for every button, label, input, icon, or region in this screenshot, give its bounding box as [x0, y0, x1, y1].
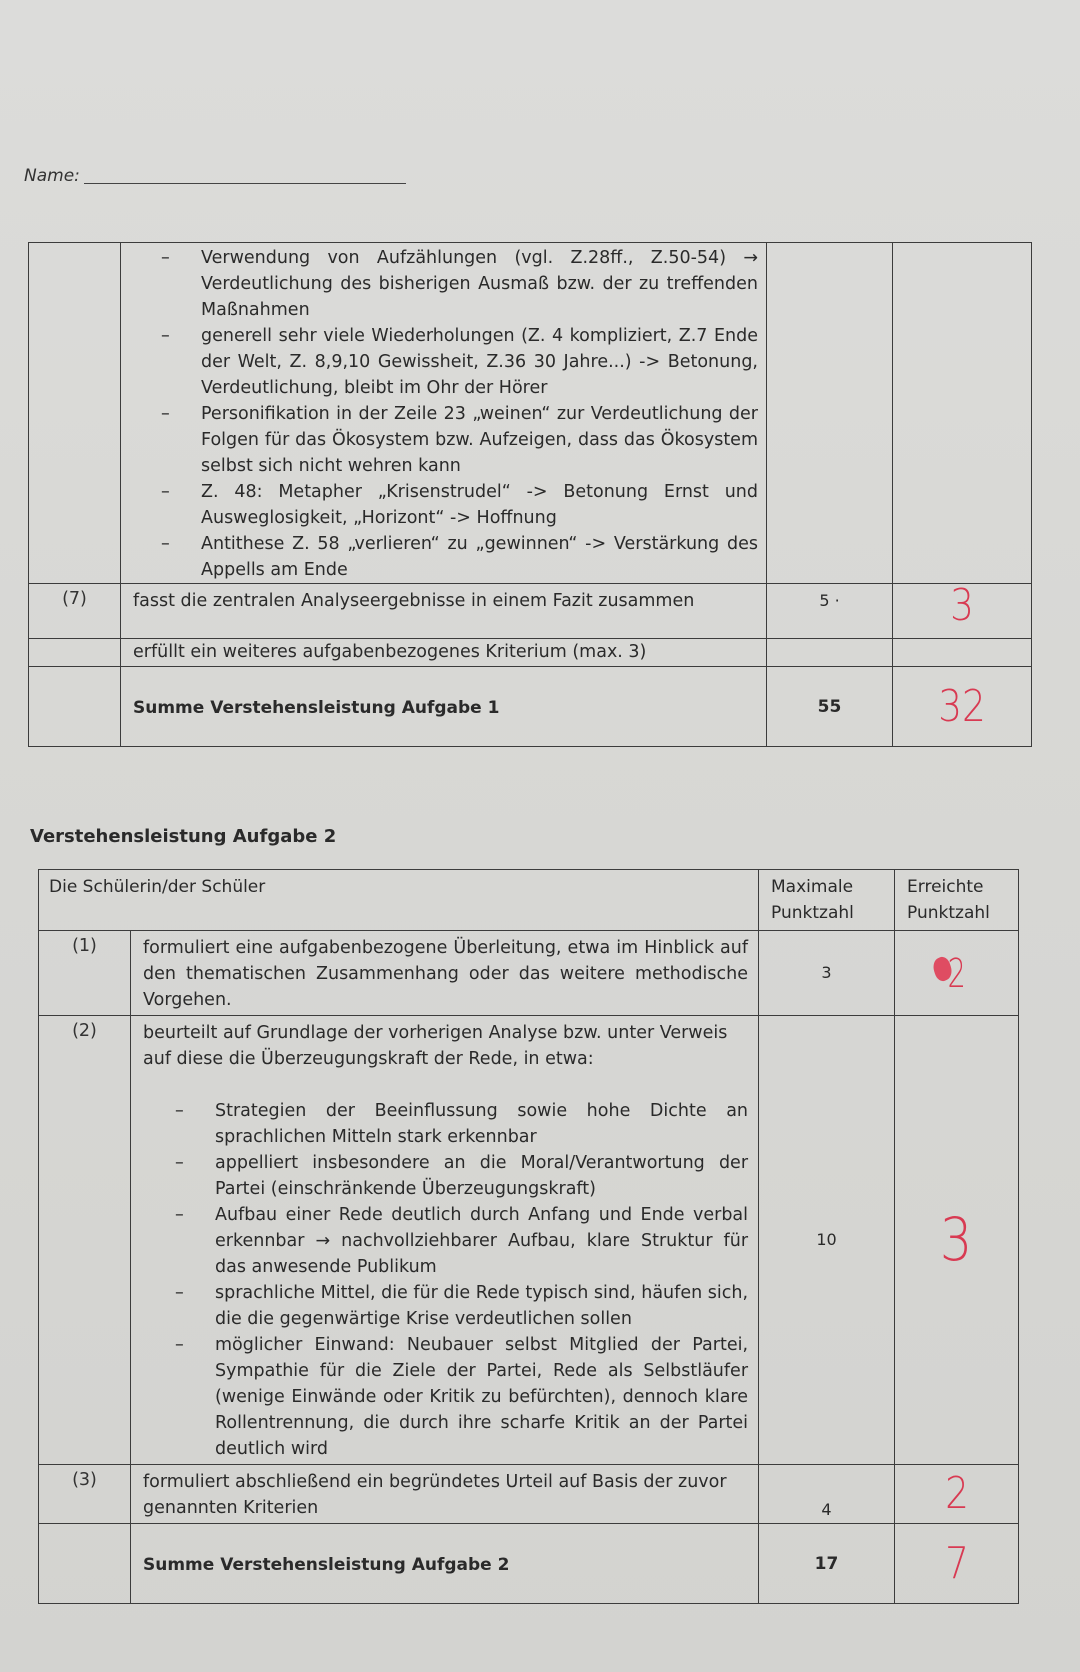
header-max-points: Maximale Punktzahl	[759, 870, 895, 931]
sum-label: Summe Verstehensleistung Aufgabe 2	[131, 1524, 759, 1604]
list-item: Z. 48: Metapher „Krisenstrudel“ -> Beton…	[201, 479, 758, 531]
criterion-number: (2)	[39, 1016, 131, 1465]
header-text: Maximale	[771, 874, 884, 900]
header-text: Punktzahl	[771, 900, 884, 926]
grading-table-task2: Die Schülerin/der Schüler Maximale Punkt…	[38, 869, 1019, 1604]
criterion-number	[29, 639, 121, 667]
grading-table-task1: Verwendung von Aufzählungen (vgl. Z.28ff…	[28, 242, 1032, 747]
header-achieved-points: Erreichte Punktzahl	[895, 870, 1019, 931]
list-item: generell sehr viele Wiederholungen (Z. 4…	[201, 323, 758, 401]
list-item: Verwendung von Aufzählungen (vgl. Z.28ff…	[201, 245, 758, 323]
header-student: Die Schülerin/der Schüler	[39, 870, 759, 931]
handwritten-score: 32	[938, 685, 986, 729]
table-row: (3) formuliert abschließend ein begründe…	[39, 1465, 1019, 1524]
analysis-items-list: Verwendung von Aufzählungen (vgl. Z.28ff…	[121, 245, 766, 583]
list-item: appelliert insbesondere an die Moral/Ver…	[215, 1150, 748, 1202]
table-row: (2) beurteilt auf Grundlage der vorherig…	[39, 1016, 1019, 1465]
sum-row: Summe Verstehensleistung Aufgabe 2 17 7	[39, 1524, 1019, 1604]
sum-max-points: 17	[759, 1524, 895, 1604]
achieved-points	[893, 639, 1032, 667]
achieved-points: 2	[895, 931, 1019, 1016]
document-page: Name: Verwendung von Aufzählungen (vgl. …	[0, 0, 1080, 1672]
table-row: (7) fasst die zentralen Analyseergebniss…	[29, 584, 1032, 639]
achieved-points: 3	[895, 1016, 1019, 1465]
sum-achieved-points: 32	[893, 667, 1032, 747]
criterion-intro: beurteilt auf Grundlage der vorherigen A…	[143, 1020, 748, 1072]
max-points: 5 ·	[767, 584, 893, 639]
list-item: Aufbau einer Rede deutlich durch Anfang …	[215, 1202, 748, 1280]
criterion-text-cell: beurteilt auf Grundlage der vorherigen A…	[131, 1016, 759, 1465]
empty-cell	[39, 1524, 131, 1604]
name-field: Name:	[24, 166, 406, 186]
achieved-points: 3	[893, 584, 1032, 639]
header-row: Die Schülerin/der Schüler Maximale Punkt…	[39, 870, 1019, 931]
criterion-text: erfüllt ein weiteres aufgabenbezogenes K…	[121, 639, 767, 667]
section-title: Verstehensleistung Aufgabe 2	[30, 826, 336, 847]
list-item: Strategien der Beeinflussung sowie hohe …	[215, 1098, 748, 1150]
max-points: 4	[759, 1465, 895, 1524]
table-row: (1) formuliert eine aufgabenbezogene Übe…	[39, 931, 1019, 1016]
max-points: 10	[759, 1016, 895, 1465]
list-item: Personifikation in der Zeile 23 „weinen“…	[201, 401, 758, 479]
handwritten-score: 2	[945, 1472, 969, 1516]
criterion-number: (1)	[39, 931, 131, 1016]
max-points	[767, 639, 893, 667]
sum-row: Summe Verstehensleistung Aufgabe 1 55 32	[29, 667, 1032, 747]
list-item: möglicher Einwand: Neubauer selbst Mitgl…	[215, 1332, 748, 1462]
evaluation-items-list: Strategien der Beeinflussung sowie hohe …	[143, 1098, 748, 1462]
achieved-points-cell	[893, 243, 1032, 584]
criterion-text: formuliert abschließend ein begründetes …	[131, 1465, 759, 1524]
table-row: erfüllt ein weiteres aufgabenbezogenes K…	[29, 639, 1032, 667]
name-blank-line	[84, 169, 406, 184]
criterion-text: fasst die zentralen Analyseergebnisse in…	[121, 584, 767, 639]
handwritten-score: 2	[946, 951, 968, 996]
list-item: sprachliche Mittel, die für die Rede typ…	[215, 1280, 748, 1332]
criterion-number: (3)	[39, 1465, 131, 1524]
handwritten-score: 7	[945, 1542, 969, 1586]
criterion-text-cell: Verwendung von Aufzählungen (vgl. Z.28ff…	[121, 243, 767, 584]
header-text: Punktzahl	[907, 900, 1008, 926]
sum-max-points: 55	[767, 667, 893, 747]
achieved-points: 2	[895, 1465, 1019, 1524]
name-label: Name:	[24, 166, 80, 186]
criterion-text: formuliert eine aufgabenbezogene Überlei…	[131, 931, 759, 1016]
sum-label: Summe Verstehensleistung Aufgabe 1	[121, 667, 767, 747]
list-item: Antithese Z. 58 „verlieren“ zu „gewinnen…	[201, 531, 758, 583]
criterion-number: (7)	[29, 584, 121, 639]
header-text: Erreichte	[907, 874, 1008, 900]
max-points: 3	[759, 931, 895, 1016]
max-points-cell	[767, 243, 893, 584]
table-row: Verwendung von Aufzählungen (vgl. Z.28ff…	[29, 243, 1032, 584]
empty-cell	[29, 667, 121, 747]
criterion-number-cell	[29, 243, 121, 584]
score-value: 2	[947, 952, 965, 996]
sum-achieved-points: 7	[895, 1524, 1019, 1604]
handwritten-score: 3	[950, 584, 974, 628]
handwritten-score: 3	[940, 1210, 972, 1270]
